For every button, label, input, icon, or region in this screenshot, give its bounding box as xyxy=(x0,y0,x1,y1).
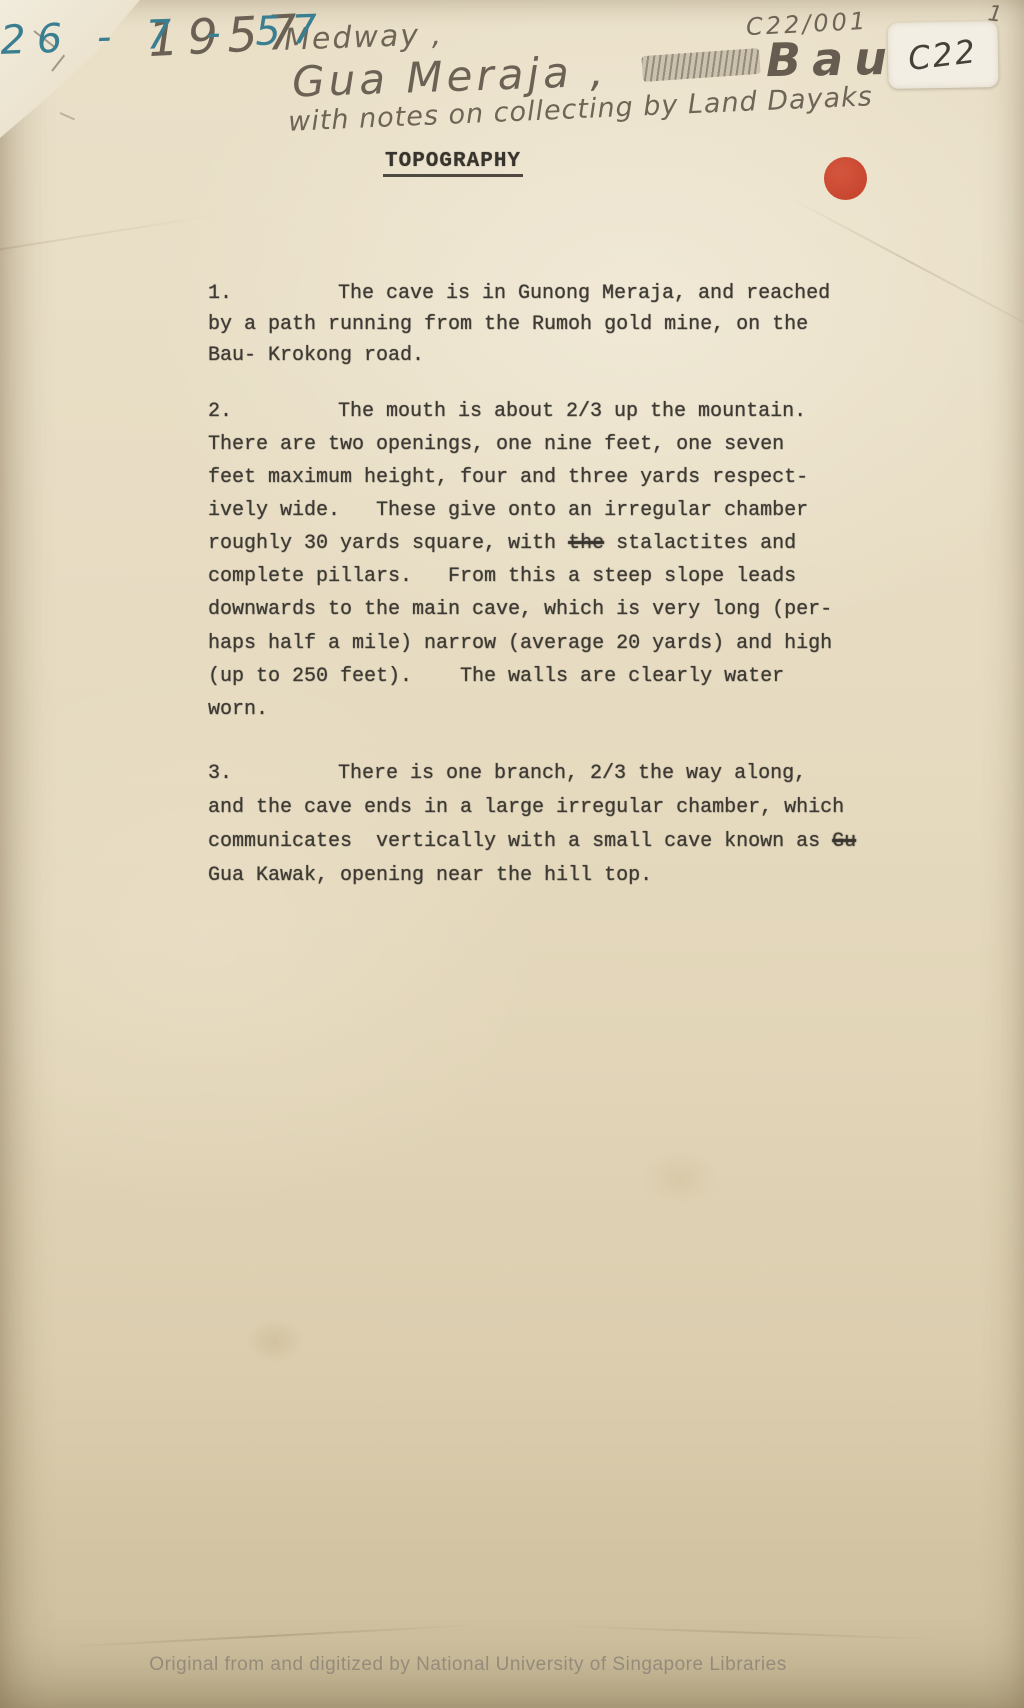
typed-line: downwards to the main cave, which is ver… xyxy=(208,598,832,622)
typed-line: 3.There is one branch, 2/3 the way along… xyxy=(208,762,806,786)
struck-out-word: the xyxy=(568,532,604,555)
paragraph-number: 2. xyxy=(208,400,338,424)
paper-crease xyxy=(60,1624,480,1648)
paper-crease xyxy=(788,196,1024,329)
paper-stain xyxy=(246,1318,304,1364)
paper-stain xyxy=(640,1148,720,1208)
typed-line: ively wide. These give onto an irregular… xyxy=(208,499,808,523)
paper-crease xyxy=(0,212,227,252)
footer-credit: Original from and digitized by National … xyxy=(0,1654,980,1676)
typed-line: by a path running from the Rumoh gold mi… xyxy=(208,313,808,337)
typed-text: The mouth is about 2/3 up the mountain. xyxy=(338,400,806,423)
typed-line: and the cave ends in a large irregular c… xyxy=(208,796,844,820)
scanned-document-page: 1957 Medway , Gua Meraja , Bau with note… xyxy=(0,0,1024,1708)
typed-line: roughly 30 yards square, with the stalac… xyxy=(208,532,796,556)
struck-out-word: Gu xyxy=(832,830,856,853)
catalog-label-code: C22 xyxy=(906,32,979,78)
pencil-scratch-mark xyxy=(60,112,75,120)
typed-text: The cave is in Gunong Meraja, and reache… xyxy=(338,282,830,305)
typed-line: Bau- Krokong road. xyxy=(208,344,424,368)
typed-text: stalactites and xyxy=(604,532,796,555)
paper-crease xyxy=(560,1625,940,1640)
typed-line: feet maximum height, four and three yard… xyxy=(208,466,808,490)
typed-text: communicates vertically with a small cav… xyxy=(208,830,832,853)
typed-line: haps half a mile) narrow (average 20 yar… xyxy=(208,632,832,656)
typed-line: complete pillars. From this a steep slop… xyxy=(208,565,796,589)
typed-line: There are two openings, one nine feet, o… xyxy=(208,433,784,457)
typed-text: There is one branch, 2/3 the way along, xyxy=(338,762,806,785)
typed-text: roughly 30 yards square, with xyxy=(208,532,568,555)
typed-line: 1.The cave is in Gunong Meraja, and reac… xyxy=(208,282,830,306)
typed-line: Gua Kawak, opening near the hill top. xyxy=(208,864,652,888)
red-dot-sticker xyxy=(824,157,867,200)
typed-line: (up to 250 feet). The walls are clearly … xyxy=(208,665,784,689)
scratched-out-word xyxy=(641,48,761,82)
page-heading: TOPOGRAPHY xyxy=(383,150,523,177)
typed-line: worn. xyxy=(208,698,268,722)
paragraph-number: 3. xyxy=(208,762,338,786)
typed-line: 2.The mouth is about 2/3 up the mountain… xyxy=(208,400,806,424)
handwritten-place-name: Bau xyxy=(766,31,899,87)
paragraph-number: 1. xyxy=(208,282,338,306)
typed-line: communicates vertically with a small cav… xyxy=(208,830,856,854)
